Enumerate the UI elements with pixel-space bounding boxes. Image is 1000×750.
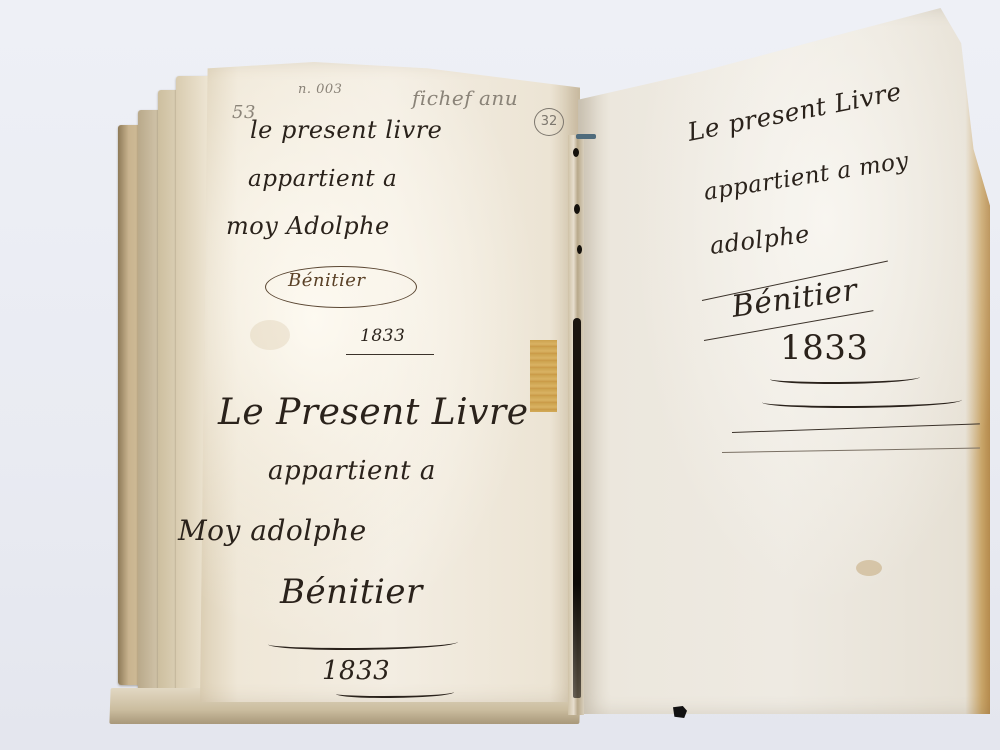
gutter-shadow [573,318,581,698]
binding-thread [576,134,596,139]
stain [856,560,882,576]
signature: Bénitier [288,270,365,291]
ink-spot [574,204,580,214]
photo-scene: 53 n. 003 fichef anu 32 le present livre… [0,0,1000,750]
inscription-line: moy Adolphe [226,212,390,240]
circled-number: 32 [534,108,564,136]
ink-spot [577,245,582,254]
inscription-line: Moy adolphe [178,514,367,547]
year: 1833 [360,326,405,346]
inscription-line: Le Present Livre [218,392,529,433]
inscription-line: le present livre [250,116,442,144]
tape-residue [530,340,557,412]
inscription-line: appartient a [268,456,436,486]
ink-spot [573,148,579,157]
annotation-note: n. 003 [298,82,342,97]
year: 1833 [780,328,869,368]
signature: Bénitier [280,572,423,612]
stain [250,320,290,350]
inscription-line: appartient a [248,166,397,192]
year: 1833 [322,656,390,686]
underline [346,354,434,355]
annotation-note: fichef anu [412,86,518,110]
